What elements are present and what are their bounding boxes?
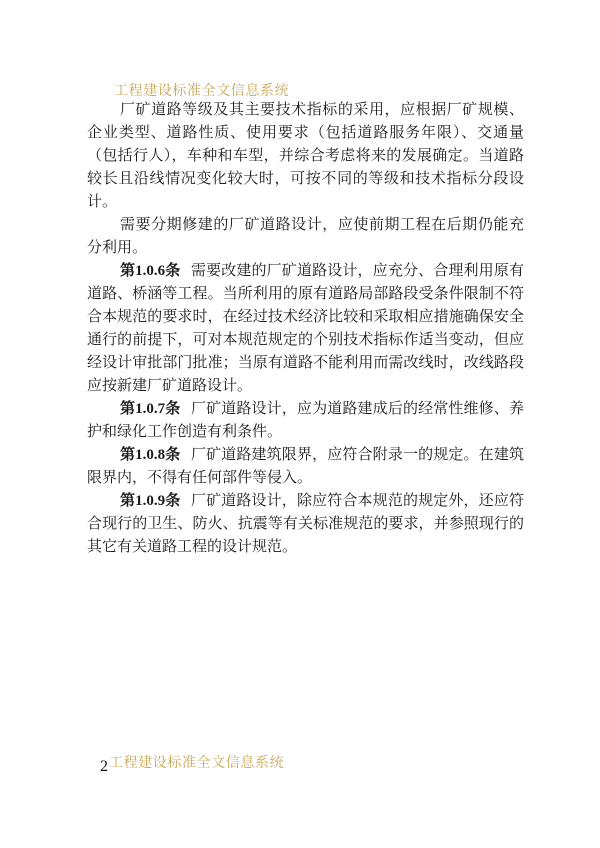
header-watermark-brand: 工程建设标准全文信息系统	[114, 84, 289, 99]
paragraph: 第1.0.7条厂矿道路设计，应为道路建成后的经常性维修、养护和绿化工作创造有利条…	[87, 398, 524, 444]
paragraph-text: 需要分期修建的厂矿道路设计，应使前期工程在后期仍能充分利用。	[87, 217, 524, 256]
paragraph: 需要分期修建的厂矿道路设计，应使前期工程在后期仍能充分利用。	[87, 214, 524, 260]
paragraph: 厂矿道路等级及其主要技术指标的采用，应根据厂矿规模、企业类型、道路性质、使用要求…	[87, 99, 524, 214]
clause-label: 第1.0.7条	[120, 401, 180, 417]
paragraph: 第1.0.8条厂矿道路建筑限界，应符合附录一的规定。在建筑限界内，不得有任何部件…	[87, 444, 524, 490]
paragraph: 第1.0.9条厂矿道路设计，除应符合本规范的规定外，还应符合现行的卫生、防火、抗…	[87, 490, 524, 559]
clause-label: 第1.0.9条	[120, 493, 180, 509]
document-page: 工程建设标准全文信息系统 厂矿道路等级及其主要技术指标的采用，应根据厂矿规模、企…	[0, 0, 600, 848]
clause-label: 第1.0.6条	[120, 263, 180, 279]
clause-label: 第1.0.8条	[120, 447, 180, 463]
footer: 2工程建设标准全文信息系统	[100, 752, 284, 772]
footer-watermark-brand: 工程建设标准全文信息系统	[109, 756, 284, 771]
paragraph: 第1.0.6条需要改建的厂矿道路设计，应充分、合理利用原有道路、桥涵等工程。当所…	[87, 260, 524, 398]
document-body: 厂矿道路等级及其主要技术指标的采用，应根据厂矿规模、企业类型、道路性质、使用要求…	[87, 99, 524, 559]
paragraph-text: 需要改建的厂矿道路设计，应充分、合理利用原有道路、桥涵等工程。当所利用的原有道路…	[87, 263, 524, 394]
page-number: 2	[100, 758, 108, 775]
paragraph-text: 厂矿道路等级及其主要技术指标的采用，应根据厂矿规模、企业类型、道路性质、使用要求…	[87, 102, 524, 210]
